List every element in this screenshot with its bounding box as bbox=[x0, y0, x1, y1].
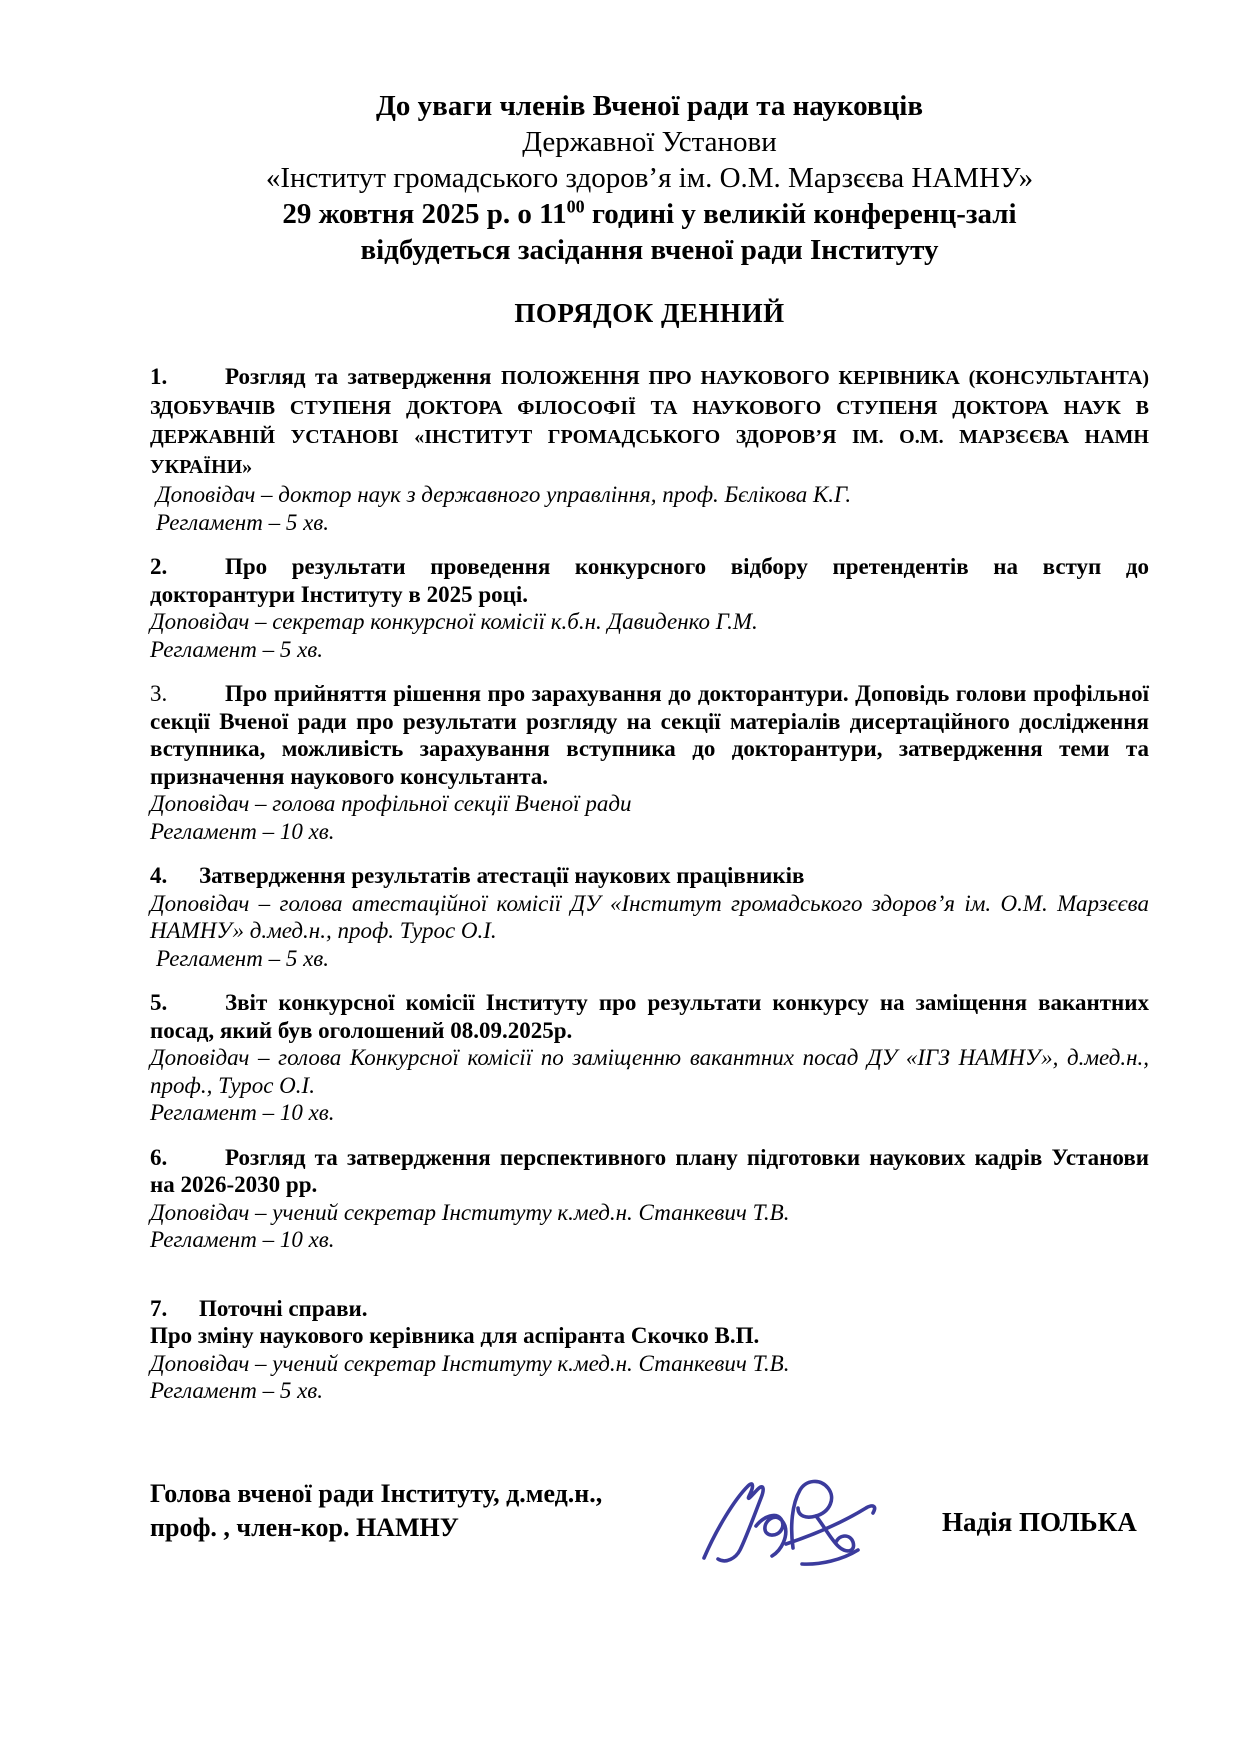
agenda-item-6-text: Розгляд та затвердження перспективного п… bbox=[150, 1145, 1149, 1198]
signatory-position-line1: Голова вченої ради Інституту, д.мед.н., bbox=[150, 1479, 602, 1508]
agenda-item-6-speaker: Доповідач – учений секретар Інституту к.… bbox=[150, 1199, 1149, 1227]
signature-ink bbox=[690, 1465, 890, 1577]
agenda-item-2-title: 2.Про результати проведення конкурсного … bbox=[150, 553, 1149, 608]
header-date-suffix: годині у великій конференц-залі bbox=[585, 198, 1017, 230]
agenda-item-5-number: 5. bbox=[150, 989, 225, 1017]
agenda-item-5-title: 5.Звіт конкурсної комісії Інституту про … bbox=[150, 989, 1149, 1044]
agenda-item-1-speaker: Доповідач – доктор наук з державного упр… bbox=[150, 481, 1149, 509]
agenda-item-6-title: 6.Розгляд та затвердження перспективного… bbox=[150, 1144, 1149, 1199]
header-date-prefix: 29 жовтня 2025 р. о 11 bbox=[282, 198, 566, 230]
agenda-item-2: 2.Про результати проведення конкурсного … bbox=[150, 553, 1149, 663]
agenda-item-5: 5.Звіт конкурсної комісії Інституту про … bbox=[150, 989, 1149, 1127]
signatory-position: Голова вченої ради Інституту, д.мед.н., … bbox=[150, 1477, 690, 1545]
agenda-item-4-speaker: Доповідач – голова атестаційної комісії … bbox=[150, 890, 1149, 945]
agenda-item-7-time: Регламент – 5 хв. bbox=[150, 1377, 1149, 1405]
agenda-item-1-text: Розгляд та затвердження bbox=[225, 364, 501, 389]
signature-block: Голова вченої ради Інституту, д.мед.н., … bbox=[150, 1477, 1149, 1597]
agenda-item-3-time: Регламент – 10 хв. bbox=[150, 818, 1149, 846]
agenda-item-2-text: Про результати проведення конкурсного ві… bbox=[150, 554, 1149, 607]
agenda-item-7-number: 7. bbox=[150, 1295, 199, 1323]
agenda-item-3: 3.Про прийняття рішення про зарахування … bbox=[150, 680, 1149, 845]
agenda-item-5-time: Регламент – 10 хв. bbox=[150, 1099, 1149, 1127]
agenda-item-1-number: 1. bbox=[150, 363, 225, 391]
signatory-name: Надія ПОЛЬКА bbox=[942, 1507, 1137, 1538]
document-page: До уваги членів Вченої ради та науковців… bbox=[0, 0, 1241, 1755]
agenda-item-1: 1.Розгляд та затвердження ПОЛОЖЕННЯ ПРО … bbox=[150, 363, 1149, 536]
agenda-item-4-time: Регламент – 5 хв. bbox=[150, 945, 1149, 973]
agenda-item-7: 7.Поточні справи. Про зміну наукового ке… bbox=[150, 1295, 1149, 1405]
agenda-item-3-text: Про прийняття рішення про зарахування до… bbox=[150, 681, 1149, 789]
agenda-item-7-title: 7.Поточні справи. bbox=[150, 1295, 1149, 1323]
header-attention-line: До уваги членів Вченої ради та науковців bbox=[150, 88, 1149, 124]
agenda-item-1-time: Регламент – 5 хв. bbox=[150, 509, 1149, 537]
header-institution-type: Державної Установи bbox=[150, 124, 1149, 160]
agenda-item-2-speaker: Доповідач – секретар конкурсної комісії … bbox=[150, 608, 1149, 636]
agenda-item-7-subtitle: Про зміну наукового керівника для аспіра… bbox=[150, 1322, 1149, 1350]
agenda-item-3-speaker: Доповідач – голова профільної секції Вче… bbox=[150, 790, 1149, 818]
agenda-item-5-speaker: Доповідач – голова Конкурсної комісії по… bbox=[150, 1044, 1149, 1099]
agenda-item-4-number: 4. bbox=[150, 862, 199, 890]
agenda-item-7-speaker: Доповідач – учений секретар Інституту к.… bbox=[150, 1350, 1149, 1378]
agenda-item-2-time: Регламент – 5 хв. bbox=[150, 636, 1149, 664]
agenda-item-7-text: Поточні справи. bbox=[199, 1296, 368, 1321]
document-header: До уваги членів Вченої ради та науковців… bbox=[150, 88, 1149, 268]
agenda-item-1-title: 1.Розгляд та затвердження ПОЛОЖЕННЯ ПРО … bbox=[150, 363, 1149, 481]
agenda-item-4-text: Затвердження результатів атестації науко… bbox=[199, 863, 804, 888]
agenda-item-3-title: 3.Про прийняття рішення про зарахування … bbox=[150, 680, 1149, 790]
signatory-position-line2: проф. , член-кор. НАМНУ bbox=[150, 1513, 459, 1542]
agenda-item-5-text: Звіт конкурсної комісії Інституту про ре… bbox=[150, 990, 1149, 1043]
agenda-title: ПОРЯДОК ДЕННИЙ bbox=[150, 298, 1149, 329]
agenda-item-6-time: Регламент – 10 хв. bbox=[150, 1226, 1149, 1254]
agenda-item-3-number: 3. bbox=[150, 680, 225, 708]
agenda-item-6-number: 6. bbox=[150, 1144, 225, 1172]
agenda-item-4-title: 4.Затвердження результатів атестації нау… bbox=[150, 862, 1149, 890]
agenda-item-6: 6.Розгляд та затвердження перспективного… bbox=[150, 1144, 1149, 1254]
header-time-superscript: 00 bbox=[567, 196, 585, 216]
header-institution-name: «Інститут громадського здоров’я ім. О.М.… bbox=[150, 160, 1149, 196]
agenda-items: 1.Розгляд та затвердження ПОЛОЖЕННЯ ПРО … bbox=[150, 363, 1149, 1405]
header-date-line: 29 жовтня 2025 р. о 1100 годині у великі… bbox=[150, 196, 1149, 232]
header-event-line: відбудеться засідання вченої ради Інстит… bbox=[150, 232, 1149, 268]
agenda-item-2-number: 2. bbox=[150, 553, 225, 581]
agenda-item-4: 4.Затвердження результатів атестації нау… bbox=[150, 862, 1149, 972]
